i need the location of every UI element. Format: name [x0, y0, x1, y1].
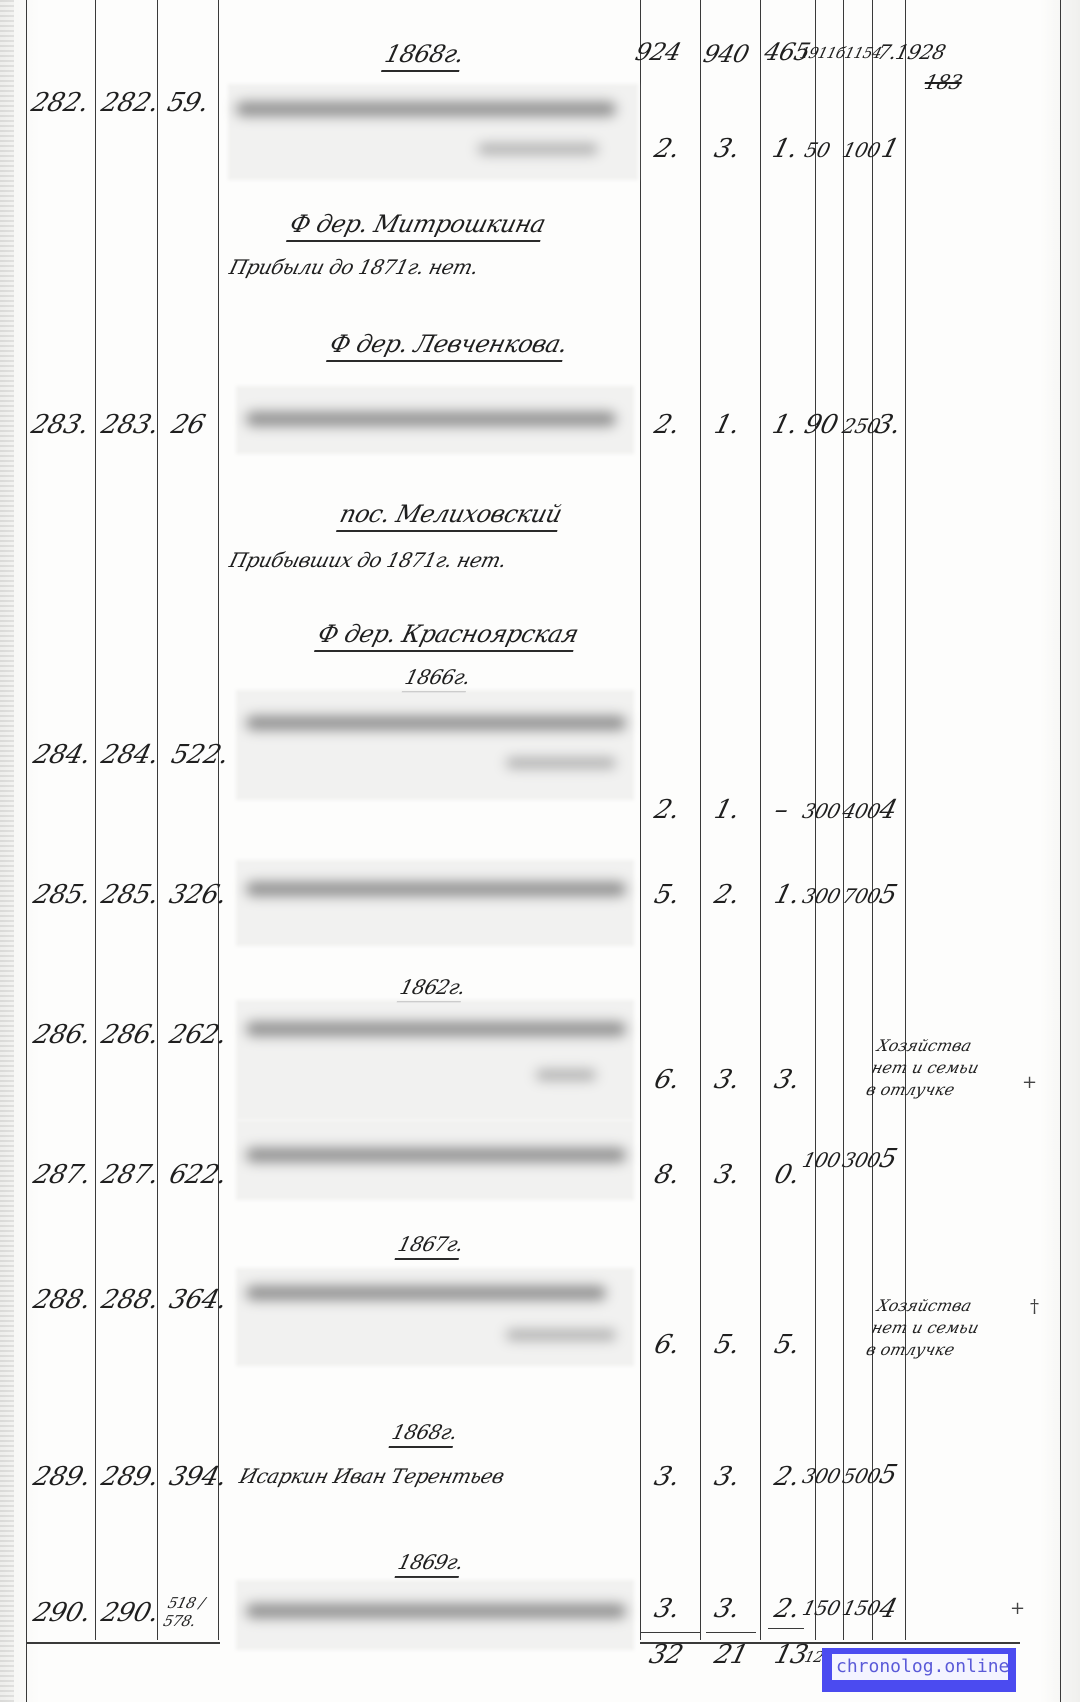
place-heading: Ф дер. Митрошкина — [286, 210, 548, 242]
year-heading: 1868г. — [389, 1420, 460, 1448]
value-cell: 3. — [711, 1594, 742, 1624]
column-rule — [760, 0, 761, 1640]
column-rule — [905, 0, 906, 1640]
entry-name: Исаркин Иван Терентьев — [237, 1464, 507, 1488]
entry-number: 282. — [28, 88, 91, 118]
cross-mark-icon: † — [1030, 1296, 1039, 1317]
value-cell: 2. — [711, 880, 742, 910]
value-cell: 6. — [651, 1065, 682, 1095]
value-cell: 1. — [711, 410, 742, 440]
year-heading: 1862г. — [397, 975, 468, 1003]
place-note: Прибывших до 1871г. нет. — [227, 548, 509, 572]
entry-ref: 394. — [166, 1462, 229, 1492]
redacted-name — [236, 1268, 634, 1366]
entry-number: 285. — [30, 880, 93, 910]
year-heading: 1869г. — [395, 1550, 466, 1578]
value-cell: 300 — [800, 1464, 843, 1488]
entry-number: 289. — [98, 1462, 161, 1492]
column-rule — [157, 0, 158, 1640]
entry-number: 288. — [30, 1285, 93, 1315]
place-heading: пос. Мелиховский — [336, 500, 565, 532]
value-cell: 3. — [651, 1462, 682, 1492]
value-cell: 3. — [711, 1065, 742, 1095]
value-cell: 300 — [800, 884, 843, 908]
entry-number: 286. — [98, 1020, 161, 1050]
value-cell: 1. — [771, 880, 802, 910]
value-cell: 300 — [840, 1148, 883, 1172]
year-heading: 1867г. — [395, 1232, 466, 1260]
place-note: Прибыли до 1871г. нет. — [227, 255, 481, 279]
value-cell: 0. — [771, 1160, 802, 1190]
value-cell: 1. — [769, 410, 800, 440]
value-cell: 300 — [800, 799, 843, 823]
column-rule — [1060, 0, 1061, 1702]
entry-ref: 364. — [166, 1285, 229, 1315]
entry-number: 290. — [30, 1598, 93, 1628]
column-rule — [640, 0, 641, 1640]
entry-number: 290. — [98, 1598, 161, 1628]
value-cell: 8. — [651, 1160, 682, 1190]
entry-ref: 262. — [166, 1020, 229, 1050]
place-heading: Ф дер. Красноярская — [314, 620, 581, 652]
entry-ref: 518 / 578. — [162, 1594, 215, 1630]
scan-edge — [0, 0, 14, 1702]
value-cell: 50 — [802, 138, 832, 162]
cross-mark-icon: + — [1022, 1072, 1037, 1093]
entry-number: 282. — [98, 88, 161, 118]
total-rule — [768, 1628, 804, 1629]
redacted-name — [236, 1580, 634, 1650]
value-cell: 500 — [840, 1464, 883, 1488]
value-cell: 150 — [840, 1596, 883, 1620]
value-cell: 3. — [651, 1594, 682, 1624]
entry-ref: 26 — [168, 410, 208, 440]
entry-ref: 522. — [168, 740, 231, 770]
value-cell: 1. — [711, 795, 742, 825]
value-cell: 5. — [711, 1330, 742, 1360]
bottom-rule — [26, 1642, 220, 1644]
ledger-page: 924 940 465 1911б 1154 7.1928 183 1868г.… — [0, 0, 1080, 1702]
total-rule — [640, 1632, 700, 1633]
value-cell: 2. — [651, 795, 682, 825]
redacted-name — [236, 690, 634, 800]
total-rule — [706, 1632, 756, 1633]
value-cell: 100 — [800, 1148, 843, 1172]
year-heading: 1866г. — [402, 665, 473, 693]
value-cell: 3. — [711, 1160, 742, 1190]
value-cell: 5. — [771, 1330, 802, 1360]
place-heading: Ф дер. Левченкова. — [326, 330, 570, 362]
value-cell: – — [771, 795, 791, 825]
value-cell: 400 — [840, 799, 883, 823]
entry-number: 287. — [30, 1160, 93, 1190]
redacted-name — [236, 386, 634, 454]
entry-number: 285. — [98, 880, 161, 910]
value-cell: 2. — [771, 1594, 802, 1624]
column-rule — [700, 0, 701, 1640]
remark-note: Хозяйства нет и семьи в отлучке — [864, 1035, 987, 1101]
value-cell: 6. — [651, 1330, 682, 1360]
entry-number: 283. — [98, 410, 161, 440]
watermark-text: chronolog.online — [832, 1654, 1008, 1680]
entry-number: 287. — [98, 1160, 161, 1190]
value-cell: 90 — [801, 410, 841, 440]
value-cell: 150 — [800, 1596, 843, 1620]
entry-ref: 59. — [164, 88, 211, 118]
watermark-badge[interactable]: chronolog.online — [822, 1648, 1016, 1692]
bottom-rule — [640, 1642, 1020, 1644]
value-cell: 2. — [651, 410, 682, 440]
redacted-name — [236, 1000, 634, 1120]
redacted-name — [236, 1120, 634, 1200]
entry-number: 286. — [30, 1020, 93, 1050]
entry-number: 288. — [98, 1285, 161, 1315]
value-cell: 3. — [711, 1462, 742, 1492]
value-cell: 2. — [651, 134, 682, 164]
value-cell: 3. — [771, 1065, 802, 1095]
year-heading: 1868г. — [381, 40, 467, 72]
crossed-header-value: 183 — [922, 70, 965, 94]
entry-ref: 326. — [166, 880, 229, 910]
remark-note: Хозяйства нет и семьи в отлучке — [864, 1295, 987, 1361]
value-cell: 5. — [651, 880, 682, 910]
entry-number: 289. — [30, 1462, 93, 1492]
value-cell: 2. — [771, 1462, 802, 1492]
column-rule — [218, 0, 219, 1640]
value-cell: 700 — [840, 884, 883, 908]
redacted-name — [228, 84, 638, 180]
column-rule — [95, 0, 96, 1640]
value-cell: 100 — [840, 138, 883, 162]
value-cell: 1. — [769, 134, 800, 164]
total-cell: 21 — [711, 1640, 751, 1670]
value-cell: 3. — [711, 134, 742, 164]
header-total: 7.1928 — [875, 40, 948, 64]
redacted-name — [236, 860, 634, 946]
entry-number: 284. — [30, 740, 93, 770]
entry-number: 284. — [98, 740, 161, 770]
entry-ref: 622. — [166, 1160, 229, 1190]
column-rule — [26, 0, 27, 1702]
cross-mark-icon: + — [1010, 1598, 1025, 1619]
entry-number: 283. — [28, 410, 91, 440]
header-total: 1911б — [798, 44, 847, 62]
header-total: 924 — [633, 38, 684, 66]
header-total: 940 — [701, 40, 752, 68]
total-cell: 32 — [646, 1640, 686, 1670]
